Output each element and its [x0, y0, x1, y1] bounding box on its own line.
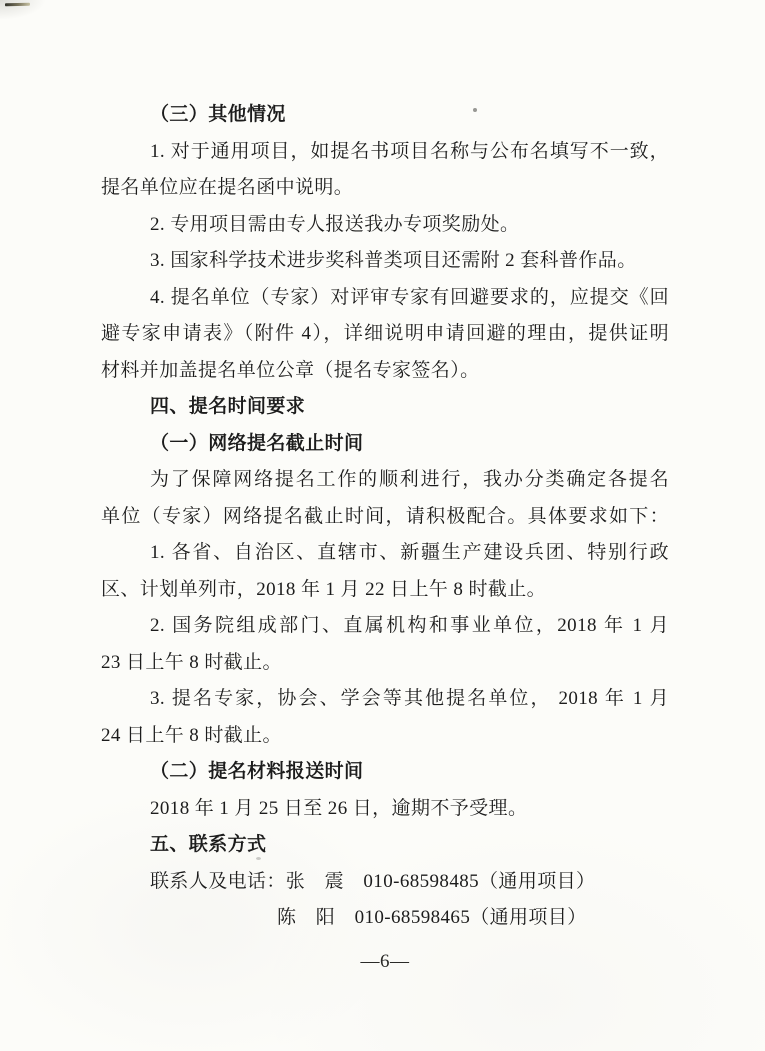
scan-artifact-dash — [5, 3, 30, 7]
heading-network-nomination-deadline: （一）网络提名截止时间 — [101, 426, 669, 463]
text-line: 3. 提名专家，协会、学会等其他提名单位， 2018 年 1 月 — [101, 681, 669, 718]
text-line: 24 日上午 8 时截止。 — [101, 718, 669, 755]
text-line: 材料并加盖提名单位公章（提名专家签名）。 — [101, 353, 669, 390]
text-line: 1. 各省、自治区、直辖市、新疆生产建设兵团、特别行政 — [101, 535, 669, 572]
text-line: 4. 提名单位（专家）对评审专家有回避要求的，应提交《回 — [101, 280, 669, 317]
text-line: 避专家申请表》（附件 4），详细说明申请回避的理由，提供证明 — [101, 316, 669, 353]
heading-material-submission-time: （二）提名材料报送时间 — [101, 754, 669, 791]
text-line: 23 日上午 8 时截止。 — [101, 645, 669, 682]
text-line: 为了保障网络提名工作的顺利进行，我办分类确定各提名 — [101, 462, 669, 499]
text-line: 2018 年 1 月 25 日至 26 日，逾期不予受理。 — [101, 791, 669, 828]
contact-line-zhang-zhen: 联系人及电话：张 震 010-68598485（通用项目） — [101, 864, 669, 901]
text-line: 3. 国家科学技术进步奖科普类项目还需附 2 套科普作品。 — [101, 243, 669, 280]
text-line: 1. 对于通用项目，如提名书项目名称与公布名填写不一致， — [101, 134, 669, 171]
heading-section-3-other-situations: （三）其他情况 — [101, 97, 669, 134]
text-line: 区、计划单列市，2018 年 1 月 22 日上午 8 时截止。 — [101, 572, 669, 609]
document-body: （三）其他情况 1. 对于通用项目，如提名书项目名称与公布名填写不一致， 提名单… — [101, 97, 669, 937]
text-line: 2. 国务院组成部门、直属机构和事业单位，2018 年 1 月 — [101, 608, 669, 645]
scanned-page: （三）其他情况 1. 对于通用项目，如提名书项目名称与公布名填写不一致， 提名单… — [0, 0, 765, 1051]
heading-section-4-time-requirements: 四、提名时间要求 — [101, 389, 669, 426]
text-line: 2. 专用项目需由专人报送我办专项奖励处。 — [101, 207, 669, 244]
contact-line-chen-yang: 陈 阳 010-68598465（通用项目） — [101, 900, 669, 937]
text-line: 提名单位应在提名函中说明。 — [101, 170, 669, 207]
page-number: —6— — [101, 949, 669, 975]
text-line: 单位（专家）网络提名截止时间，请积极配合。具体要求如下： — [101, 499, 669, 536]
heading-section-5-contact: 五、联系方式 — [101, 827, 669, 864]
